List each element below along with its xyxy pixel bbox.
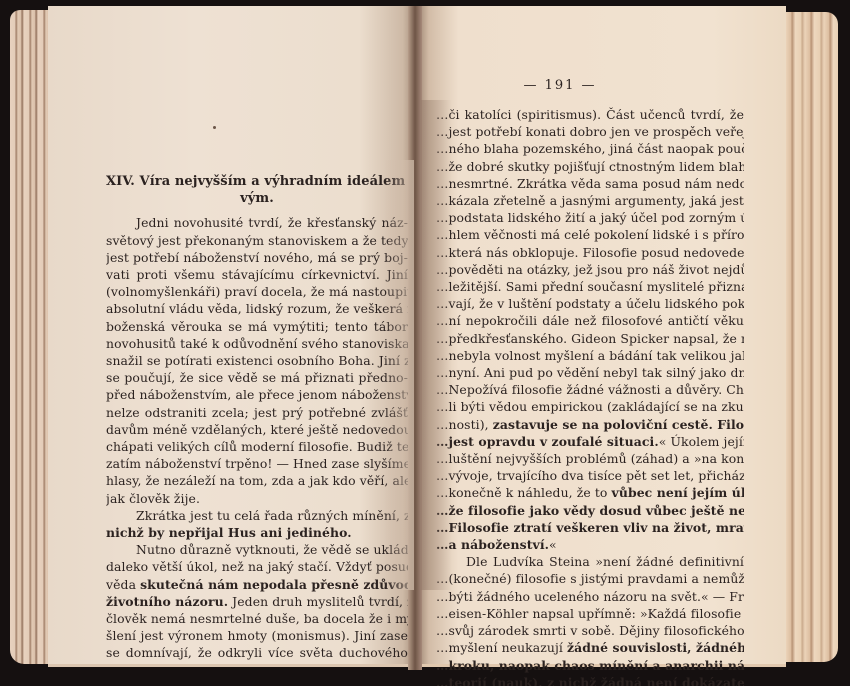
text-line: …býti žádného uceleného názoru na svět.«… — [436, 588, 744, 605]
text-line: před náboženstvím, ale přece jenom nábož… — [106, 386, 408, 403]
text-line: …že dobré skutky pojišťují ctnostným lid… — [436, 158, 744, 175]
text-line: Zkrátka jest tu celá řada různých mínění… — [106, 507, 408, 524]
text-line: …eisen-Köhler napsal upřímně: »Každá fil… — [436, 605, 744, 622]
text-line: …(konečné) filosofie s jistými pravdami … — [436, 570, 744, 587]
text-line: …ležitější. Sami přední současní myslite… — [436, 278, 744, 295]
text-line-bold: …Filosofie ztratí veškeren vliv na život… — [436, 519, 744, 536]
text-line: …li býti vědou empirickou (zakládající s… — [436, 398, 744, 415]
text-run-bold: zastavuje se na poloviční cestě. Filosof… — [493, 417, 744, 432]
text-line: světový jest překonaným stanoviskem a že… — [106, 232, 408, 249]
text-line: …či katolíci (spiritismus). Část učenců … — [436, 106, 744, 123]
text-line: …hlem věčnosti má celé pokolení lidské i… — [436, 226, 744, 243]
text-run: …nosti), — [436, 417, 493, 432]
text-run: …myšlení neukazují — [436, 640, 567, 655]
text-line: …ného blaha pozemského, jiná část naopak… — [436, 140, 744, 157]
text-line: …předkřesťanského. Gideon Spicker napsal… — [436, 330, 744, 347]
text-line: …vají, že v luštění podstaty a účelu lid… — [436, 295, 744, 312]
text-line-mixed: …nosti), zastavuje se na poloviční cestě… — [436, 416, 744, 433]
book-gutter — [408, 6, 422, 670]
text-line: …která nás obklopuje. Filosofie posud ne… — [436, 244, 744, 261]
text-line: absolutní vládu věda, lidský rozum, že v… — [106, 300, 408, 317]
text-line: nelze odstraniti zcela; jest prý potřebn… — [106, 404, 408, 421]
text-line: …ní nepokročili dále než filosofové anti… — [436, 312, 744, 329]
text-line-mixed: …jest opravdu v zoufalé situaci.« Úkolem… — [436, 433, 744, 450]
text-run-bold: životního názoru. — [106, 594, 228, 609]
text-line: novohusitů také k odůvodnění svého stano… — [106, 335, 408, 352]
text-run: věda — [106, 577, 140, 592]
text-run-bold: skutečná nám nepodala přesně zdůvodněnéh… — [140, 577, 408, 592]
text-line: Nutno důrazně vytknouti, že vědě se uklá… — [106, 541, 408, 558]
text-line: …nesmrtné. Zkrátka věda sama posud nám n… — [436, 175, 744, 192]
text-line: …luštění nejvyšších problémů (záhad) a »… — [436, 450, 744, 467]
text-line: (volnomyšlenkáři) praví docela, že má na… — [106, 283, 408, 300]
text-line: zatím náboženství trpěno! — Hned zase sl… — [106, 455, 408, 472]
text-line: …nebyla volnost myšlení a bádání tak vel… — [436, 347, 744, 364]
chapter-heading-cont: vým. — [106, 190, 408, 207]
text-line: snažil se potírati existenci osobního Bo… — [106, 352, 408, 369]
text-line: …podstata lidského žití a jaký účel pod … — [436, 209, 744, 226]
text-line: …vývoje, trvajícího dva tisíce pět set l… — [436, 467, 744, 484]
text-line-mixed: životního názoru. Jeden druh myslitelů t… — [106, 593, 408, 610]
text-run: …konečně k náhledu, že to — [436, 485, 612, 500]
text-line-bold: …teorií (nauk), z nichž žádná není dokáz… — [436, 674, 744, 686]
left-page-text: XIV. Víra nejvyšším a výhradním ideálem … — [106, 173, 408, 662]
text-run: Jeden druh myslitelů tvrdí, že — [228, 594, 408, 609]
text-line: …svůj zárodek smrti v sobě. Dějiny filos… — [436, 622, 744, 639]
text-line: …nyní. Ani pud po vědění nebyl tak silný… — [436, 364, 744, 381]
text-line-mixed: …a náboženství.« — [436, 536, 744, 553]
text-run-bold: …jest opravdu v zoufalé situaci. — [436, 434, 659, 449]
text-line: se domnívají, že odkryli více světa duch… — [106, 644, 408, 661]
text-line-mixed: …myšlení neukazují žádné souvislosti, žá… — [436, 639, 744, 656]
text-run-bold: …a náboženství. — [436, 537, 549, 552]
text-line: člověk nemá nesmrtelné duše, ba docela ž… — [106, 610, 408, 627]
text-line-bold: …kroku, naopak chaos mínění a anarchii n… — [436, 657, 744, 674]
text-line-mixed: …konečně k náhledu, že to vůbec není jej… — [436, 484, 744, 501]
text-run: « Úkolem jejím jest — [659, 434, 744, 449]
text-line: Dle Ludvíka Steina »není žádné definitiv… — [436, 553, 744, 570]
text-run-bold: žádné souvislosti, žádného po- — [567, 640, 744, 655]
text-line: Jedni novohusité tvrdí, že křesťanský ná… — [106, 214, 408, 231]
text-line: šlení jest výronem hmoty (monismus). Jin… — [106, 627, 408, 644]
text-line: jest potřebí náboženství nového, má se p… — [106, 249, 408, 266]
text-run: « — [549, 537, 557, 552]
text-line-bold: nichž by nepřijal Hus ani jediného. — [106, 524, 408, 541]
text-line: vati proti všemu stávajícímu církevnictv… — [106, 266, 408, 283]
text-line: jak člověk žije. — [106, 490, 408, 507]
text-line-bold: …že filosofie jako vědy dosud vůbec ješt… — [436, 502, 744, 519]
text-line: daleko větší úkol, než na jaký stačí. Vž… — [106, 558, 408, 575]
text-line: boženská věrouka se má vymýtiti; tento t… — [106, 318, 408, 335]
text-line: hlasy, že nezáleží na tom, zda a jak kdo… — [106, 472, 408, 489]
right-page-text: …či katolíci (spiritismus). Část učenců … — [436, 106, 744, 686]
text-line: …kázala zřetelně a jasnými argumenty, ja… — [436, 192, 744, 209]
text-run-bold: vůbec není jejím úkolem, — [612, 485, 744, 500]
text-line: …pověděti na otázky, jež jsou pro náš ži… — [436, 261, 744, 278]
text-line: davům méně vzdělaných, které ještě nedov… — [106, 421, 408, 438]
text-line: chápati velikých cílů moderní filosofie.… — [106, 438, 408, 455]
text-line: …jest potřebí konati dobro jen ve prospě… — [436, 123, 744, 140]
chapter-heading: XIV. Víra nejvyšším a výhradním ideálem … — [106, 173, 408, 190]
page-number: — 191 — — [520, 78, 600, 93]
paper-speck — [213, 126, 216, 129]
text-line: …Nepožívá filosofie žádné vážnosti a dův… — [436, 381, 744, 398]
text-line-mixed: věda skutečná nám nepodala přesně zdůvod… — [106, 576, 408, 593]
text-line: se poučují, že sice vědě se má přiznati … — [106, 369, 408, 386]
